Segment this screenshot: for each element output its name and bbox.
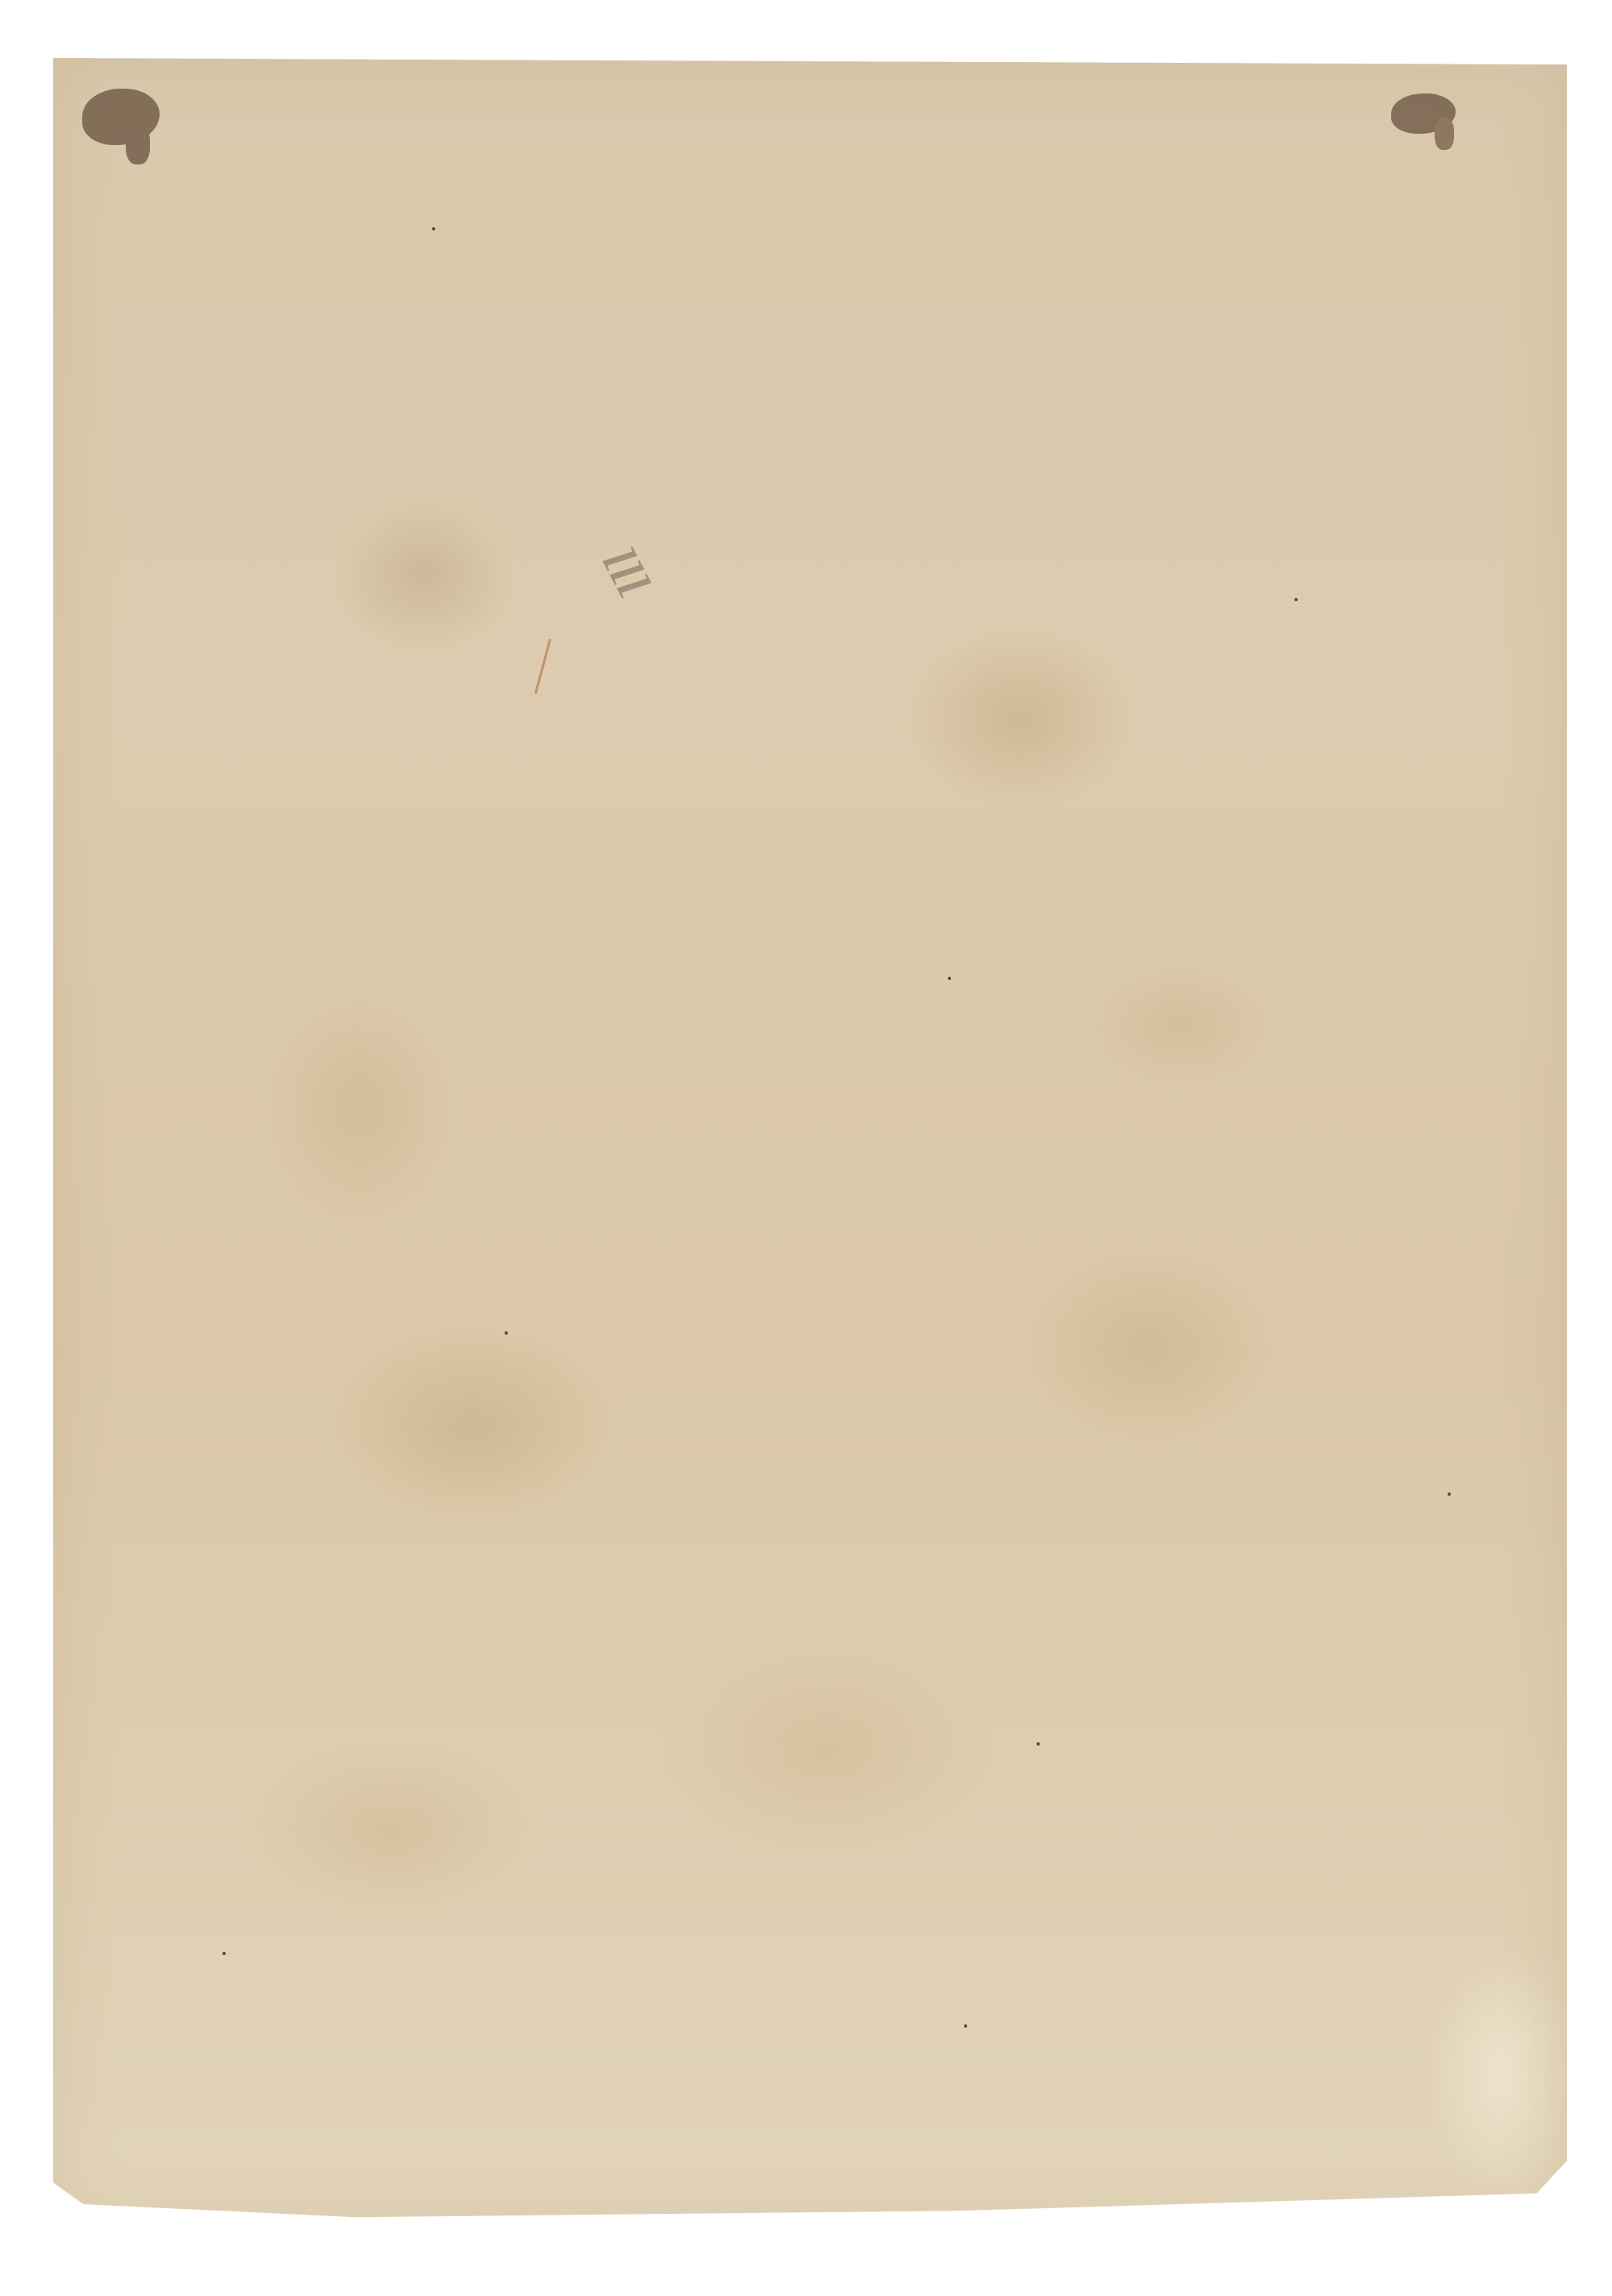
- paper-fleck: [505, 1331, 508, 1335]
- paper-fleck: [1448, 1493, 1451, 1496]
- paper-fleck: [1037, 1742, 1040, 1746]
- paper-fleck: [432, 227, 435, 230]
- paper-fleck: [222, 1952, 226, 1955]
- paper-fleck: [1294, 598, 1298, 601]
- paper-fleck: [964, 2024, 967, 2028]
- corner-stain-top-right: [1391, 93, 1456, 134]
- ink-scratch: [534, 639, 551, 694]
- paper-fleck: [948, 977, 951, 980]
- corner-stain-top-left: [82, 89, 160, 145]
- pencil-annotation: ııı: [585, 527, 680, 607]
- paper-sheet: ııı: [53, 58, 1567, 2226]
